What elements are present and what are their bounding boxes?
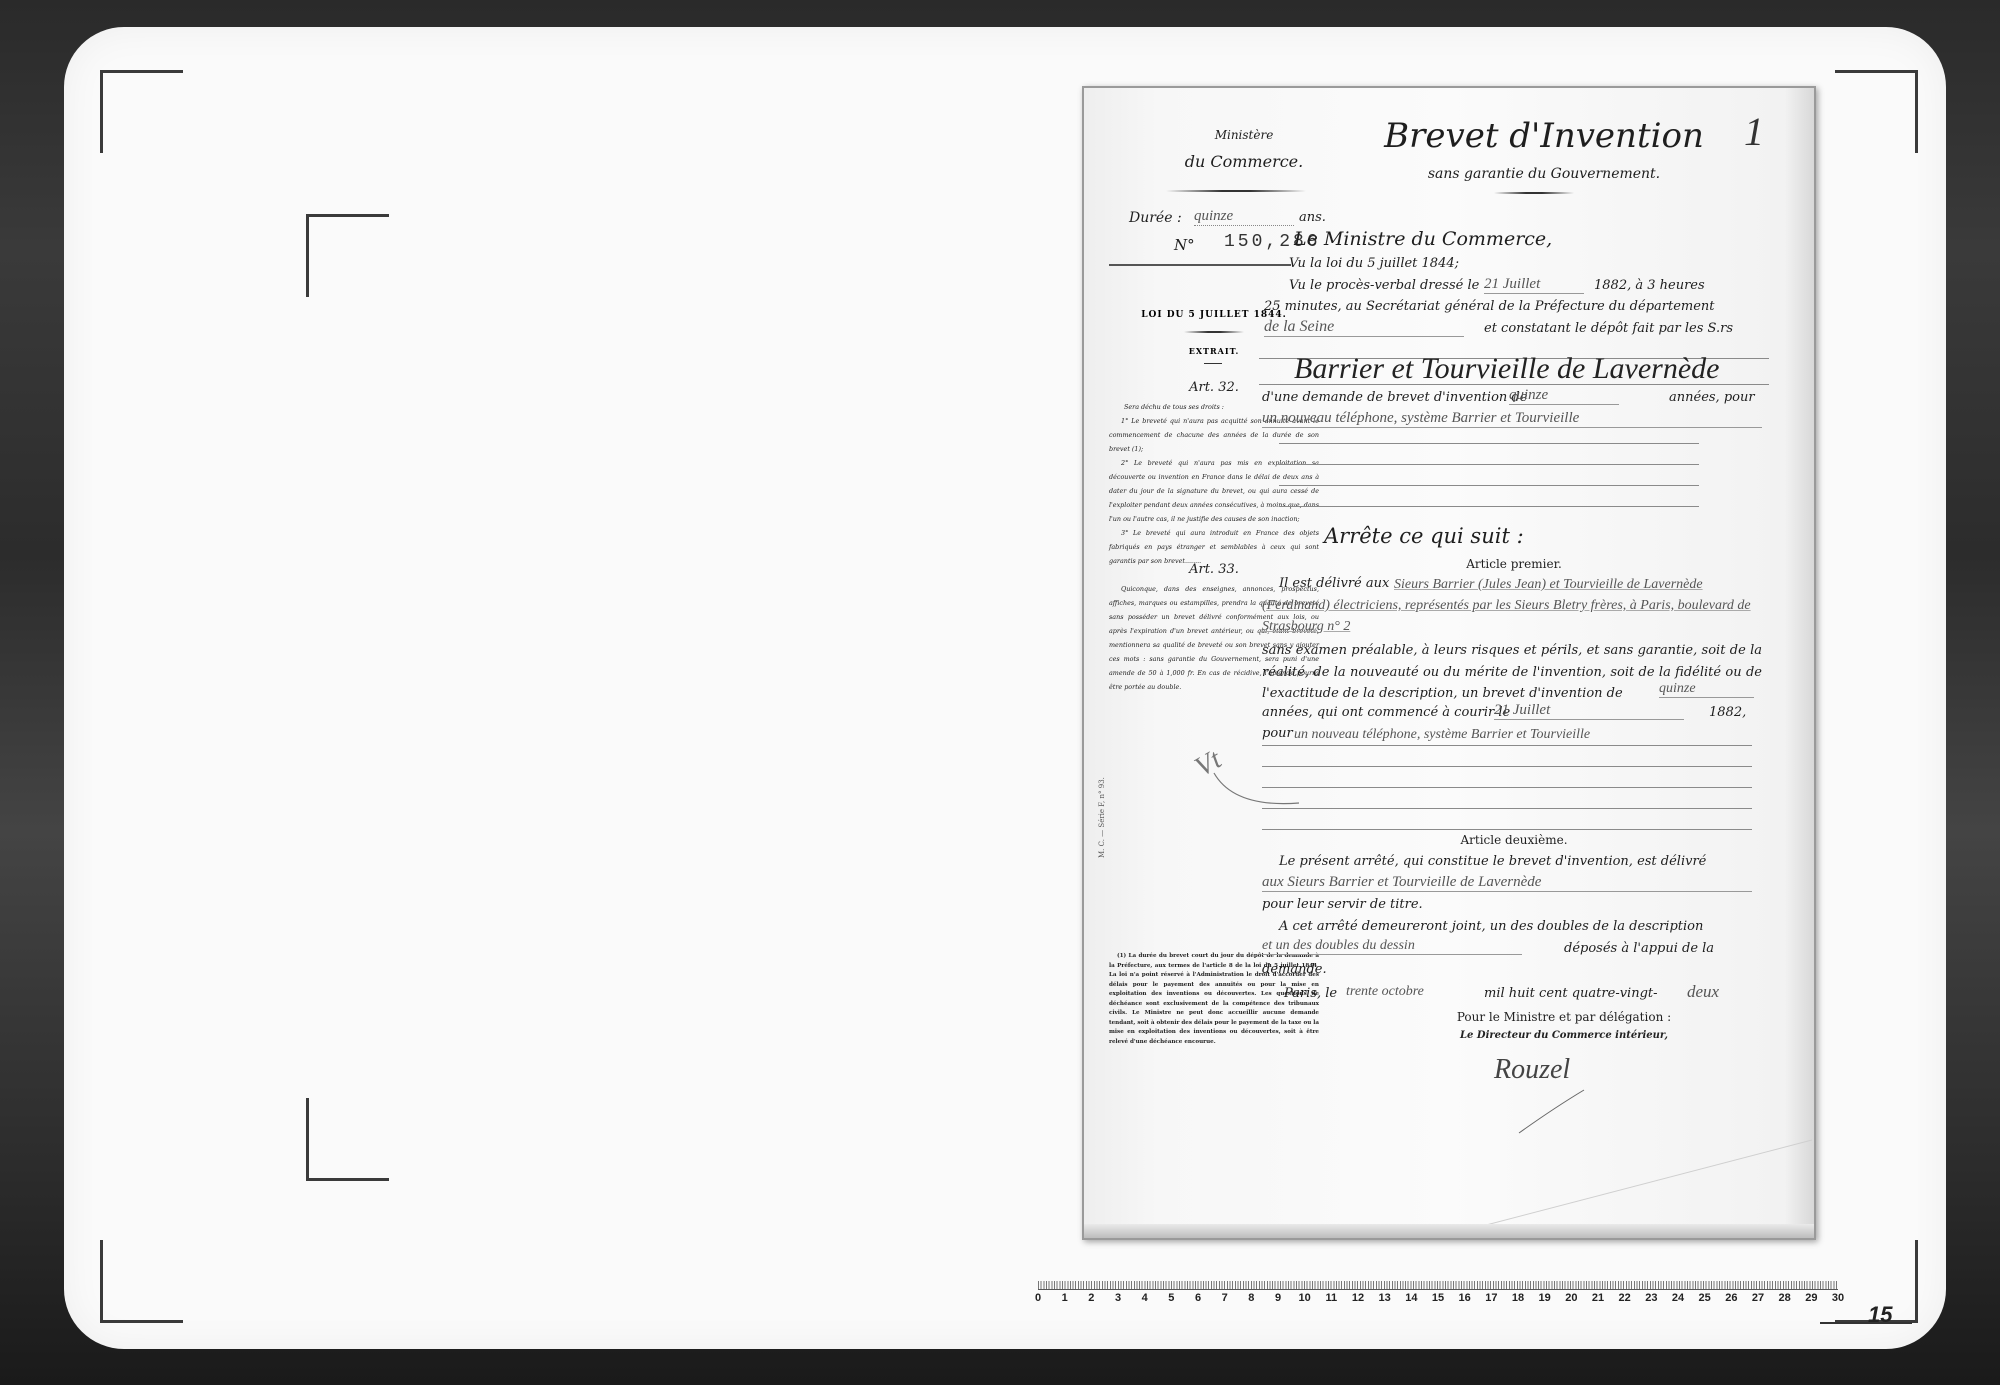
document-title: Brevet d'Invention [1364,116,1724,156]
ruler-label: 14 [1405,1292,1417,1304]
ruler-label: 26 [1725,1292,1737,1304]
title-divider [1494,192,1574,194]
ruler-label: 8 [1248,1292,1254,1304]
article2-attachment-c: demande. [1262,962,1327,977]
pv-date: 21 Juillet [1484,276,1584,294]
ruler-label: 5 [1168,1292,1174,1304]
ruler-label: 19 [1539,1292,1551,1304]
ruler-label: 10 [1299,1292,1311,1304]
signing-year-prefix: mil huit cent quatre-vingt- [1484,986,1658,1001]
article2-attachment-hand: et un des doubles du dessin [1262,938,1522,955]
invention-rule-1 [1262,745,1752,746]
pv-time: 1882, à 3 heures [1594,278,1705,293]
measurement-ruler: 0123456789101112131415161718192021222324… [1038,1281,1838,1321]
article1-year: 1882, [1709,705,1746,720]
crop-mark-top-left-outer [100,70,183,153]
prefecture-line: 25 minutes, au Secrétariat général de la… [1264,299,1715,314]
ruler-label: 23 [1645,1292,1657,1304]
demand-line: d'une demande de brevet d'invention de [1262,390,1527,405]
ruler-label: 11 [1326,1292,1338,1304]
blank-line-7 [1262,829,1752,830]
ministry-line2: du Commerce. [1144,152,1344,171]
ruler-label: 3 [1115,1292,1121,1304]
blank-line-5 [1262,787,1752,788]
deposit-line: et constatant le dépôt fait par les S.rs [1484,321,1733,336]
number-label: N° [1174,236,1195,254]
crop-mark-top-right [1835,70,1918,153]
divider-flourish [1166,190,1306,192]
frame-number: 15 [1868,1302,1892,1328]
delegation-line: Pour le Ministre et par délégation : [1384,1010,1744,1024]
minister-heading: Le Ministre du Commerce, [1294,228,1552,250]
invention-rule-2 [1262,766,1752,767]
frame-marker-line [1820,1322,1912,1324]
initials-flourish [1204,768,1304,808]
extract-heading: EXTRAIT. [1104,346,1324,356]
ruler-label: 24 [1672,1292,1684,1304]
ruler-label: 4 [1142,1292,1148,1304]
article1-invention: un nouveau téléphone, système Barrier et… [1262,724,1752,745]
ruler-label: 30 [1832,1292,1844,1304]
signing-year: deux [1687,982,1719,1002]
department: de la Seine [1264,318,1464,337]
ministry-line1: Ministère [1189,128,1299,142]
page-number: 1 [1744,108,1764,155]
ruler-label: 29 [1805,1292,1817,1304]
ruler-label: 9 [1275,1292,1281,1304]
crop-mark-bottom-left-inner [306,1098,389,1181]
ruler-label: 28 [1779,1292,1791,1304]
article2-recipient: aux Sieurs Barrier et Tourvieille de Lav… [1262,874,1752,892]
applicants: Barrier et Tourvieille de Lavernède [1294,352,1719,386]
article2-heading: Article deuxième. [1264,833,1764,847]
ruler-label: 16 [1459,1292,1471,1304]
duration-value: quinze [1194,208,1294,226]
blank-line-2 [1279,464,1699,465]
ruler-label: 1 [1062,1292,1068,1304]
crop-mark-bottom-left-outer [100,1240,183,1323]
article1-heading: Article premier. [1264,557,1764,571]
crop-mark-top-left-inner [306,214,389,297]
blank-line-4 [1279,506,1699,507]
ruler-label: 22 [1619,1292,1631,1304]
ruler-label: 0 [1035,1292,1041,1304]
blank-line-1 [1279,443,1699,444]
signature: Rouzel [1494,1054,1570,1086]
ruler-label: 7 [1222,1292,1228,1304]
art32-para2: 2° Le breveté qui n'aura pas mis en expl… [1109,456,1319,526]
article2-attachment: A cet arrêté demeureront joint, un des d… [1279,919,1703,934]
article1-recipients: Sieurs Barrier (Jules Jean) et Tourvieil… [1262,574,1762,637]
article2-title: pour leur servir de titre. [1262,897,1423,912]
article2-text: Le présent arrêté, qui constitue le brev… [1279,854,1706,869]
article2-attachment-b: déposés à l'appui de la [1564,941,1714,956]
ruler-label: 13 [1379,1292,1391,1304]
ruler-ticks [1038,1281,1838,1290]
duration-label: Durée : [1129,210,1182,226]
ruler-label: 17 [1485,1292,1497,1304]
paper-fold-crease [1444,1138,1814,1238]
ruler-label: 21 [1592,1292,1604,1304]
ruler-label: 6 [1195,1292,1201,1304]
ruler-label: 18 [1512,1292,1524,1304]
article1-start: années, qui ont commencé à courir le [1262,705,1510,720]
signing-date: trente octobre [1346,984,1466,1000]
decree-heading: Arrête ce qui suit : [1324,524,1524,548]
duration-unit: ans. [1299,210,1326,225]
ruler-label: 2 [1088,1292,1094,1304]
ruler-label: 25 [1699,1292,1711,1304]
article1-date: 21 Juillet [1494,702,1684,720]
signature-flourish [1514,1088,1594,1138]
proces-verbal-line: Vu le procès-verbal dressé le [1289,278,1479,293]
ruler-label: 15 [1432,1292,1444,1304]
header-rule [1109,264,1291,266]
form-code: M. C. — Série F, n° 93. [1098,777,1106,858]
ruler-label: 27 [1752,1292,1764,1304]
extract-rule [1204,363,1222,364]
law-reference: Vu la loi du 5 juillet 1844; [1289,256,1459,271]
invention-title: un nouveau téléphone, système Barrier et… [1262,410,1762,428]
ruler-label: 20 [1565,1292,1577,1304]
ruler-label: 12 [1352,1292,1364,1304]
place-date: Paris, le [1284,986,1337,1001]
document-subtitle: sans garantie du Gouvernement. [1364,166,1724,182]
director-line: Le Directeur du Commerce intérieur, [1384,1030,1744,1041]
patent-document: Ministère du Commerce. Durée : quinze an… [1082,86,1816,1240]
demand-duration: quinze [1509,387,1619,405]
blank-line-3 [1279,485,1699,486]
applicants-rule [1259,384,1769,385]
demand-end: années, pour [1669,390,1755,405]
blank-line-6 [1262,808,1752,809]
article1-duration: quinze [1659,681,1754,698]
law-divider [1184,331,1244,333]
